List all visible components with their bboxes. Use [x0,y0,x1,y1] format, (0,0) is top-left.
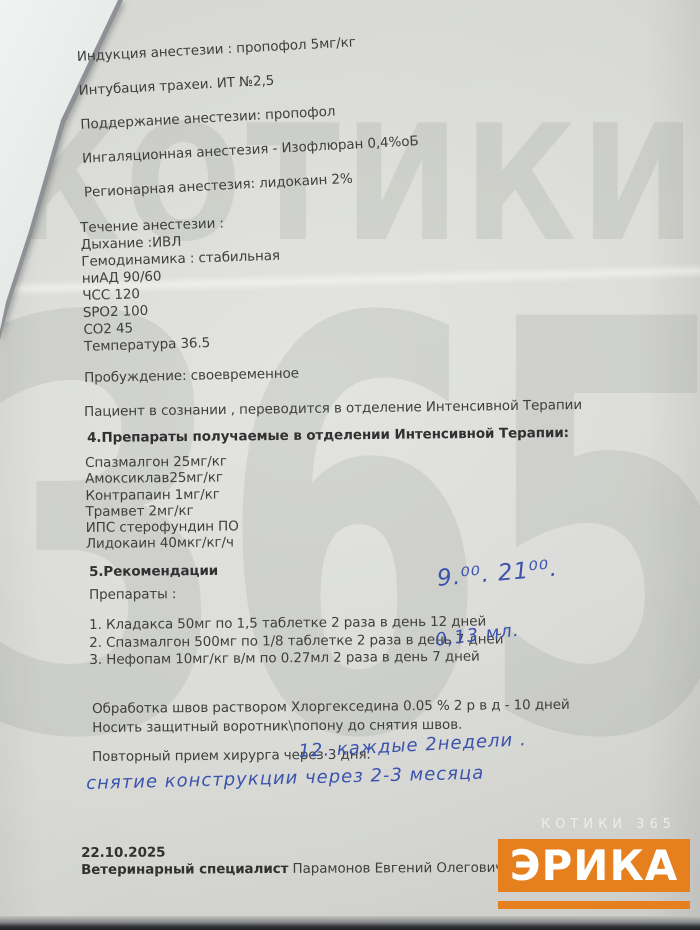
clinic-logo-box: ЭРИКА [498,839,690,892]
photo-bottom-edge [0,916,700,930]
anesthesia-block: Индукция анестезии : пропофол 5мг/кг Инт… [76,22,421,209]
drug-item: ИПС стерофундин ПО [86,519,239,537]
specialist-label: Ветеринарный специалист [81,861,288,878]
document-date: 22.10.2025 [81,845,165,861]
section5-title: 5.Рекомендации [89,563,218,580]
anesthesia-course-block: Течение анестезии : Дыхание :ИВЛ Гемодин… [80,214,283,356]
drug-item: Контрапаин 1мг/кг [85,486,238,504]
section5-subtitle: Препараты : [89,586,176,603]
clinic-logo-small-text: КОТИКИ 365 [541,817,676,832]
drug-item: Лидокаин 40мкг/кг/ч [86,535,239,553]
drug-item: Трамвет 2мг/кг [86,502,239,520]
section4-drug-list: Спазмалгон 25мг/кг Амоксиклав25мг/кг Кон… [85,453,239,552]
clinic-logo-underline [498,901,690,909]
specialist-line: Ветеринарный специалист Парамонов Евгени… [81,860,503,878]
drug-item: Спазмалгон 25мг/кг [85,453,238,471]
specialist-name: Парамонов Евгений Олегович [288,860,503,877]
drug-item: Амоксиклав25мг/кг [85,470,238,488]
clinic-logo-name: ЭРИКА [510,841,679,890]
recommendation-item: 3. Нефопам 10мг/кг в/м по 0.27мл 2 раза … [89,649,503,670]
